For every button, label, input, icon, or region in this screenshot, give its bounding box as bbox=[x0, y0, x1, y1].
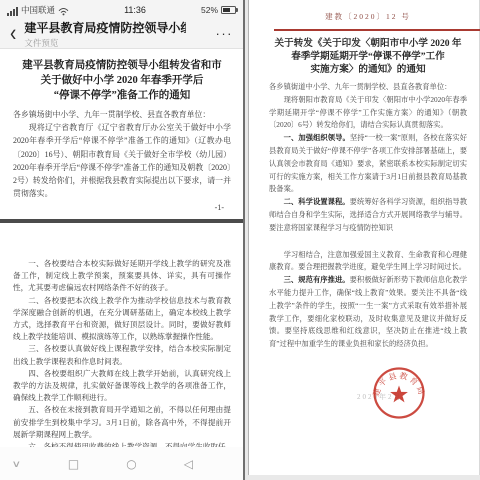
document-paragraph: 五、各校在未接到教育局开学通知之前，不得以任何理由提前安排学生到校集中学习。3月… bbox=[13, 404, 231, 441]
document-paragraph: 一、各校要结合本校实际做好延期开学线上教学的研究及准备工作，制定线上教学预案，预… bbox=[13, 258, 231, 295]
right-document-page: 建教〔2020〕12 号 关于转发《关于印发〈朝阳市中小学 2020 年 春季学… bbox=[248, 0, 480, 475]
status-bar-left: 中国联通 bbox=[7, 4, 69, 16]
signal-strength-icon bbox=[7, 7, 18, 16]
document-page-2: 一、各校要结合本校实际做好延期开学线上教学的研究及准备工作，制定线上教学预案，预… bbox=[0, 223, 243, 446]
hide-navbar-icon[interactable]: ∨ bbox=[12, 459, 22, 469]
title-line: 关于做好中小学 2020 年春季开学后 bbox=[13, 73, 231, 88]
more-options-icon[interactable]: ··· bbox=[216, 26, 234, 41]
page-number: -1- bbox=[13, 203, 231, 212]
right-document-screenshot: 建教〔2020〕12 号 关于转发《关于印发〈朝阳市中小学 2020 年 春季学… bbox=[245, 0, 480, 480]
back-icon[interactable]: ‹ bbox=[10, 22, 16, 46]
home-icon[interactable]: ○ bbox=[126, 458, 136, 470]
android-back-icon[interactable]: ◁ bbox=[184, 458, 193, 470]
page2-paragraph-list: 一、各校要结合本校实际做好延期开学线上教学的研究及准备工作，制定线上教学预案，预… bbox=[13, 258, 231, 453]
status-bar-right: 52% bbox=[201, 5, 236, 15]
left-document-body: 各乡镇场街中小学、九年一贯制学校、县直各教育单位： 现将辽宁省教育厅《辽宁省教育… bbox=[13, 108, 231, 200]
red-header-rule bbox=[274, 29, 480, 31]
wifi-icon bbox=[58, 7, 69, 16]
status-bar: 中国联通 11:36 52% bbox=[0, 0, 243, 19]
right-doc-sections: 一、加强组织领导。坚持“一校一案”原则，各校在落实好县教育局关于做好“停课不停学… bbox=[269, 132, 467, 351]
battery-icon bbox=[221, 6, 236, 14]
document-paragraph: 四、各校要组织广大教师在线上教学开始前，认真研究线上教学的方法及规律，扎实做好备… bbox=[13, 368, 231, 405]
left-document-title: 建平县教育局疫情防控领导小组转发省和市 关于做好中小学 2020 年春季开学后 … bbox=[13, 58, 231, 103]
android-navigation-bar: ∨ □ ○ ◁ bbox=[0, 447, 243, 480]
title-line: 春季学期延期开学“停课不停学”工作 bbox=[269, 50, 467, 63]
document-paragraph: 三、规范有序推进。要积极做好新形势下教师信息化教学水平能力提升工作，确保“线上教… bbox=[269, 274, 467, 351]
document-paragraph: 现将辽宁省教育厅《辽宁省教育厅办公室关于做好中小学2020年春季开学后“停课不停… bbox=[13, 121, 231, 200]
seal-area: 2020年2月 建平县教育局 bbox=[269, 365, 467, 429]
document-paragraph: 学习相结合，注意加强爱国主义教育、生命教育和心理健康教育。要合理把握教学进度，避… bbox=[269, 249, 467, 275]
document-paragraph: 现将朝阳市教育局《关于印发〈朝阳市中小学2020年春季学期延期开学“停课不停学”… bbox=[269, 94, 467, 132]
salutation-line: 各乡镇街道中小学、九年一贯制学校、县直各教育单位： bbox=[269, 81, 467, 94]
title-line: “停课不停学”准备工作的通知 bbox=[13, 88, 231, 103]
title-block: 建平县教育局疫情防控领导小组... 文件预览 bbox=[24, 19, 186, 49]
document-paragraph: 三、各校要认真做好线上课程教学安排，结合本校实际制定出线上教学课程表和作息时间表… bbox=[13, 343, 231, 367]
page-title: 建平县教育局疫情防控领导小组... bbox=[24, 19, 186, 36]
title-line: 实施方案〉的通知》的通知 bbox=[269, 63, 467, 76]
right-document-title: 关于转发《关于印发〈朝阳市中小学 2020 年 春季学期延期开学“停课不停学”工… bbox=[269, 37, 467, 76]
battery-percent-label: 52% bbox=[201, 5, 218, 15]
title-line: 建平县教育局疫情防控领导小组转发省和市 bbox=[13, 58, 231, 73]
right-document-body: 各乡镇街道中小学、九年一贯制学校、县直各教育单位： 现将朝阳市教育局《关于印发〈… bbox=[269, 81, 467, 351]
composite-screenshot: 中国联通 11:36 52% ‹ 建平县教育局疫情防控领导小组... 文件预览 … bbox=[0, 0, 480, 480]
title-line: 关于转发《关于印发〈朝阳市中小学 2020 年 bbox=[269, 37, 467, 50]
left-phone-screenshot: 中国联通 11:36 52% ‹ 建平县教育局疫情防控领导小组... 文件预览 … bbox=[0, 0, 243, 480]
document-paragraph: 一、加强组织领导。坚持“一校一案”原则，各校在落实好县教育局关于做好“停课不停学… bbox=[269, 132, 467, 196]
document-paragraph: 二、科学设置课程。要统筹好各科学习资源，组织指导教师结合自身和学生实际，选择适合… bbox=[269, 196, 467, 234]
document-number: 建教〔2020〕12 号 bbox=[269, 11, 467, 22]
carrier-label: 中国联通 bbox=[21, 4, 55, 16]
recents-icon[interactable]: □ bbox=[68, 458, 79, 470]
document-paragraph: 二、各校要把本次线上教学作为推动学校信息技术与教育教学深度融合创新的机遇，在充分… bbox=[13, 295, 231, 344]
salutation-line: 各乡镇场街中小学、九年一贯制学校、县直各教育单位： bbox=[13, 108, 231, 121]
title-bar: ‹ 建平县教育局疫情防控领导小组... 文件预览 ··· bbox=[0, 19, 243, 49]
file-preview-label: 文件预览 bbox=[24, 37, 186, 49]
clock: 11:36 bbox=[69, 5, 201, 15]
document-page-1: 建平县教育局疫情防控领导小组转发省和市 关于做好中小学 2020 年春季开学后 … bbox=[0, 49, 243, 219]
official-seal-icon: 建平县教育局 bbox=[371, 365, 427, 421]
